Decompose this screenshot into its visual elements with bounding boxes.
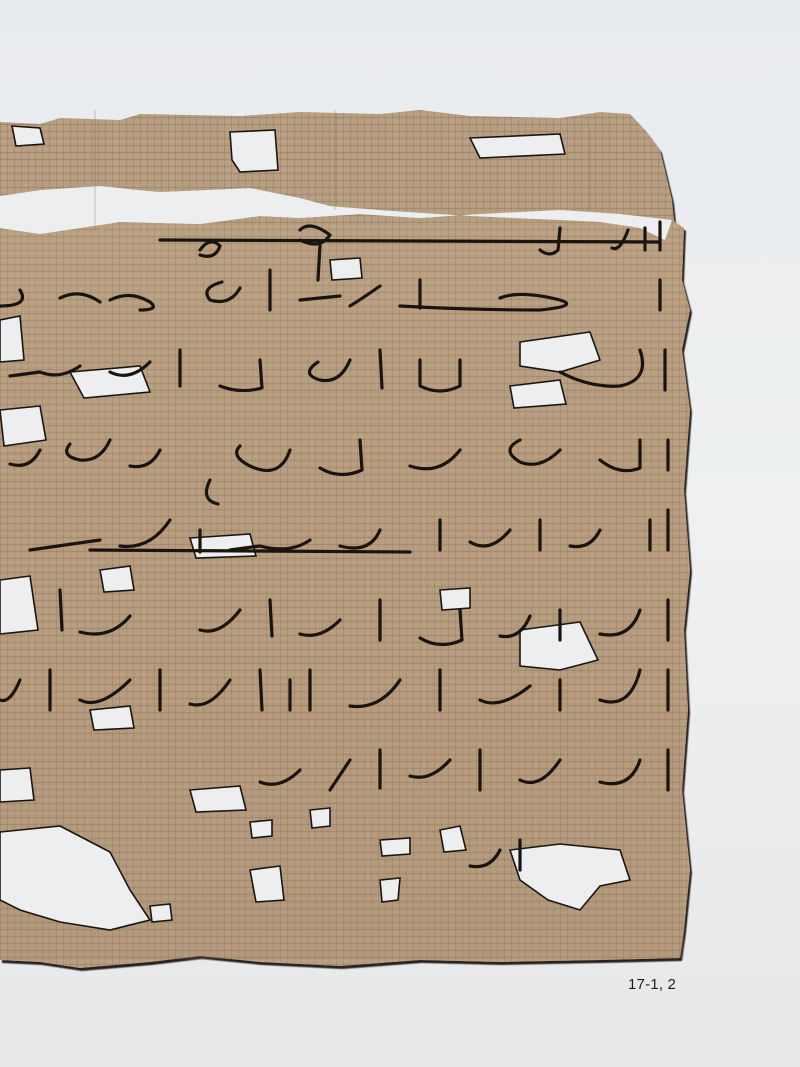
figure-label: 17-1, 2 (628, 976, 676, 993)
papyrus-image (0, 110, 700, 980)
papyrus-fragment (0, 110, 700, 980)
book-page: 17-1, 2 (0, 0, 800, 1067)
